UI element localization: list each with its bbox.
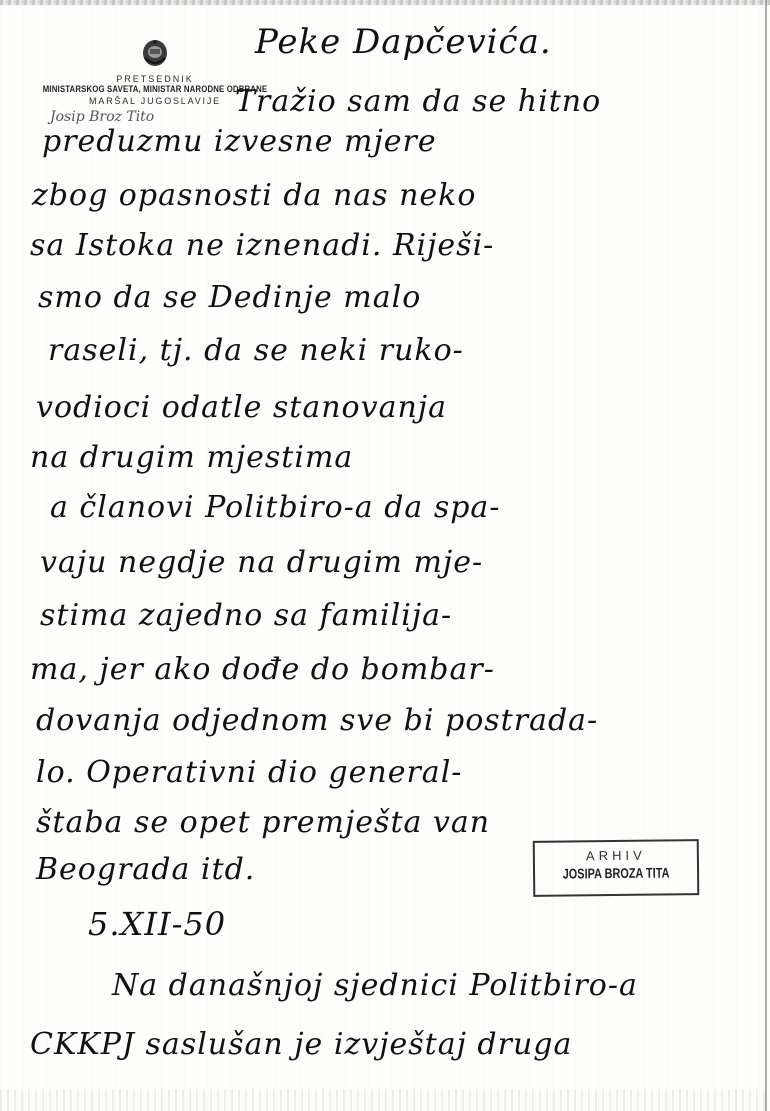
handwritten-line: sa Istoka ne iznenadi. Riješi- — [30, 228, 494, 263]
stamp-name: JOSIPA BROZA TITA — [537, 864, 695, 882]
scan-bottom-edge — [0, 1089, 770, 1111]
handwritten-line: na drugim mjestima — [30, 440, 353, 475]
yugoslav-coat-of-arms-icon — [141, 38, 169, 68]
handwritten-line: smo da se Dedinje malo — [38, 280, 421, 315]
handwritten-line: dovanja odjednom sve bi postrada- — [36, 703, 598, 738]
document-page: PRETSEDNIK MINISTARSKOG SAVETA, MINISTAR… — [0, 0, 770, 1111]
stamp-title: ARHIV — [535, 847, 697, 864]
handwritten-line: a članovi Politbiro-a da spa- — [50, 490, 500, 525]
archive-stamp: ARHIV JOSIPA BROZA TITA — [533, 839, 700, 897]
letterhead-title: PRETSEDNIK — [30, 74, 280, 84]
scan-right-edge — [765, 0, 767, 1111]
handwritten-line: lo. Operativni dio general- — [36, 755, 462, 790]
handwritten-date: 5.XII-50 — [88, 905, 226, 943]
handwritten-line: CKKPJ saslušan je izvještaj druga — [30, 1027, 572, 1062]
handwritten-line: zbog opasnosti da nas neko — [32, 178, 476, 213]
handwritten-line: Beograda itd. — [36, 852, 255, 887]
handwritten-line: Na današnjoj sjednici Politbiro-a — [112, 968, 638, 1003]
scan-top-edge — [0, 0, 770, 5]
handwritten-line: Peke Dapčevića. — [255, 22, 552, 62]
handwritten-line: vodioci odatle stanovanja — [36, 390, 447, 425]
handwritten-line: štaba se opet premješta van — [36, 805, 490, 840]
handwritten-line: Tražio sam da se hitno — [235, 84, 601, 119]
handwritten-line: preduzmu izvesne mjere — [42, 124, 437, 159]
handwritten-line: raseli, tj. da se neki ruko- — [48, 333, 464, 368]
handwritten-line: ma, jer ako dođe do bombar- — [30, 652, 495, 687]
handwritten-line: vaju negdje na drugim mje- — [40, 545, 483, 580]
handwritten-line: stima zajedno sa familija- — [40, 598, 452, 633]
